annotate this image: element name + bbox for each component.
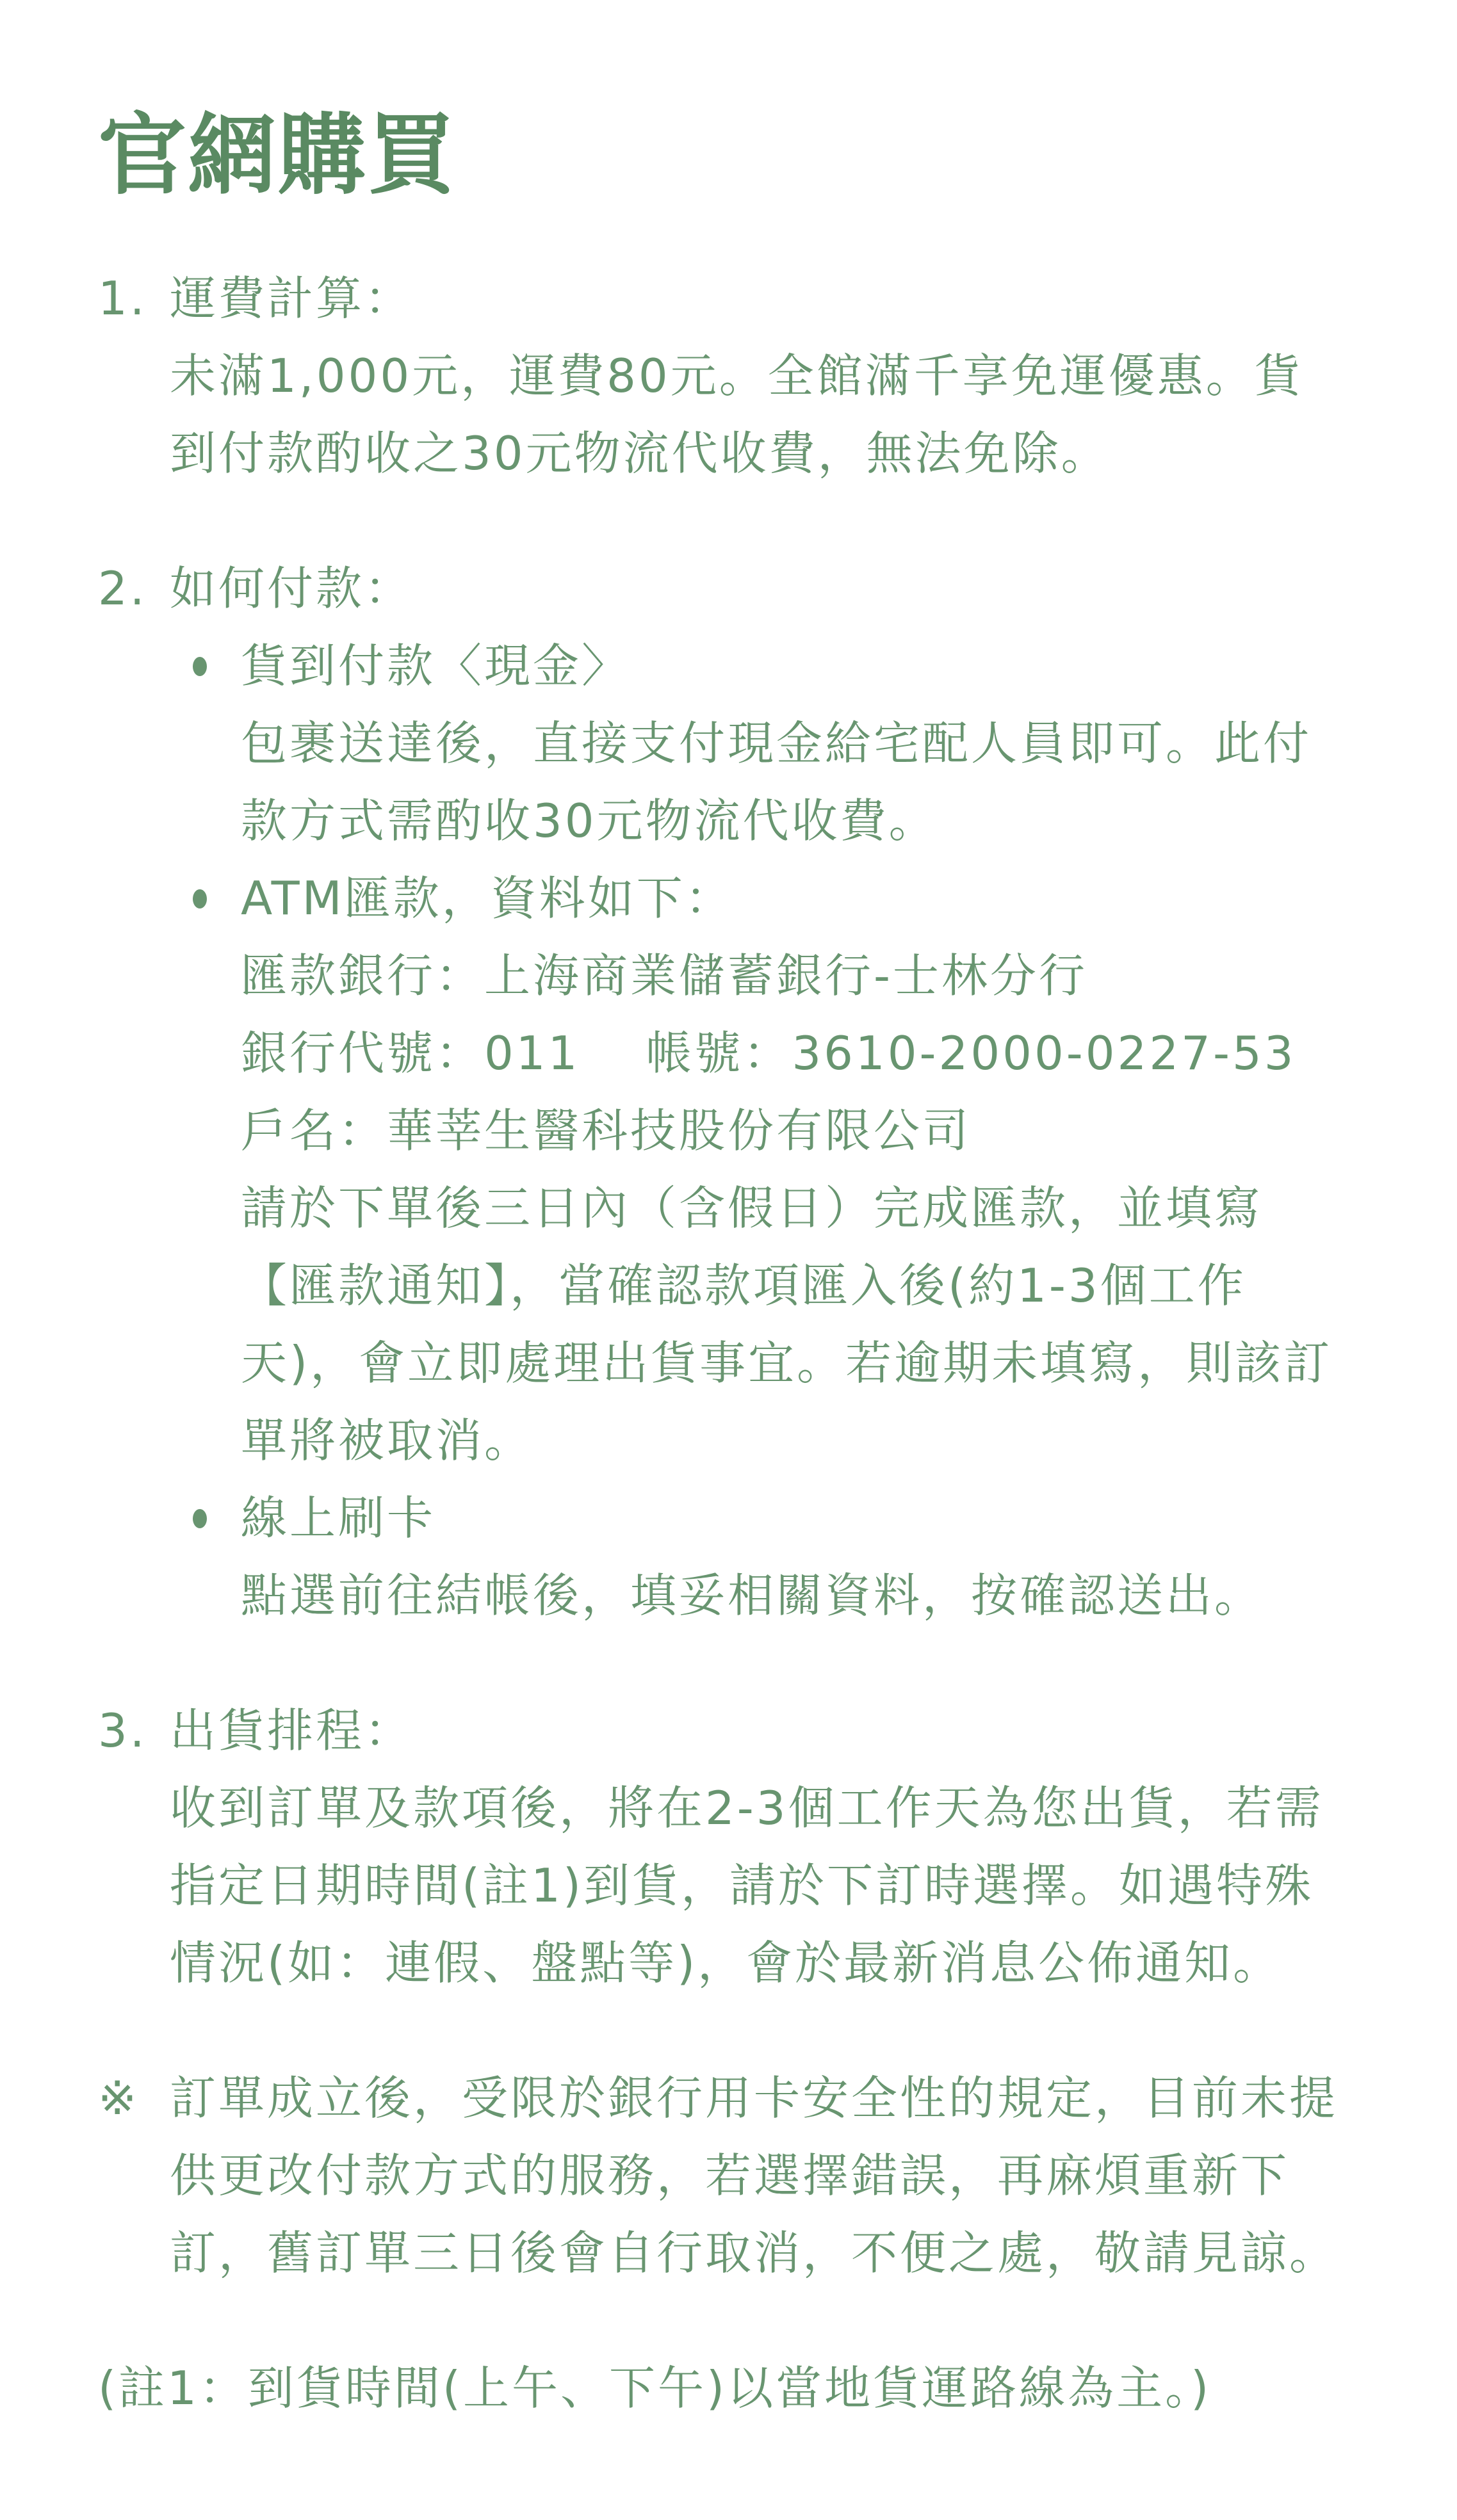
bullet-line: 貨到付款〈現金〉 [241,627,1346,705]
transfer-instructions-line: 請於下單後三日內（含假日）完成匯款，並填寫【匯款通知】，當確認款項匯入後(約1-… [241,1170,1346,1480]
section-shipping-fee: 1. 運費計算： 未滿1,000元，運費80元。全館滿千享免運優惠。貨到付款酌收… [98,260,1346,492]
note-text: 訂單成立後，受限於銀行用卡安全性的規定，目前未提供更改付款方式的服務，若選擇錯誤… [170,2060,1346,2292]
bullet-dot-icon [193,657,207,676]
bullet-item-cash-on-delivery: 貨到付款〈現金〉 包裹送達後，直接支付現金給宅配人員即可。此付款方式需酌收30元… [170,627,1346,860]
note-payment-change-policy: ※ 訂單成立後，受限於銀行用卡安全性的規定，目前未提供更改付款方式的服務，若選擇… [98,2060,1346,2292]
bullet-marker [170,627,241,676]
bullet-item-online-credit-card: 線上刷卡 點選前往結帳後，填妥相關資料，按確認送出。 [170,1480,1346,1635]
section-payment-methods: 2. 如何付款： 貨到付款〈現金〉 包裹送達後，直接支付現金給宅配人員即可。此付… [98,550,1346,1635]
section-paragraph: 收到訂單及款項後，將在2-3個工作天為您出貨，若需指定日期時間(註1)到貨，請於… [170,1770,1346,2002]
bullet-line: 線上刷卡 [241,1480,1346,1557]
bullet-marker [170,860,241,909]
bullet-dot-icon [193,1509,207,1528]
reference-mark-icon: ※ [98,2060,170,2137]
bullet-marker [170,1480,241,1528]
document-page: 官網購買 1. 運費計算： 未滿1,000元，運費80元。全館滿千享免運優惠。貨… [0,0,1457,2520]
bullet-line: 點選前往結帳後，填妥相關資料，按確認送出。 [241,1557,1346,1635]
section-number: 3. [98,1692,170,1770]
bank-name-line: 匯款銀行：上海商業儲蓄銀行-士林分行 [241,937,1346,1015]
bullet-item-atm-transfer: ATM匯款，資料如下： 匯款銀行：上海商業儲蓄銀行-士林分行 銀行代號：011 … [170,860,1346,1480]
bullet-line: 包裹送達後，直接支付現金給宅配人員即可。此付款方式需酌收30元物流代收費。 [241,705,1346,860]
bank-code-account-line: 銀行代號：011 帳號：3610-2000-0227-53 [241,1015,1346,1092]
bullet-dot-icon [193,889,207,909]
section-heading: 運費計算： [170,260,1346,337]
account-holder-line: 戶名：華莘生醫科技股份有限公司 [241,1092,1346,1170]
footnote-delivery-time: (註1：到貨時間(上午、下午)以當地貨運路線為主。) [98,2350,1346,2427]
section-heading: 出貨排程： [170,1692,1346,1770]
section-number: 2. [98,550,170,627]
section-number: 1. [98,260,170,337]
section-shipping-schedule: 3. 出貨排程： 收到訂單及款項後，將在2-3個工作天為您出貨，若需指定日期時間… [98,1692,1346,2002]
bullet-line: ATM匯款，資料如下： [241,860,1346,937]
section-heading: 如何付款： [170,550,1346,627]
section-paragraph: 未滿1,000元，運費80元。全館滿千享免運優惠。貨到付款酌收之30元物流代收費… [170,337,1346,492]
page-title: 官網購買 [98,96,1346,215]
